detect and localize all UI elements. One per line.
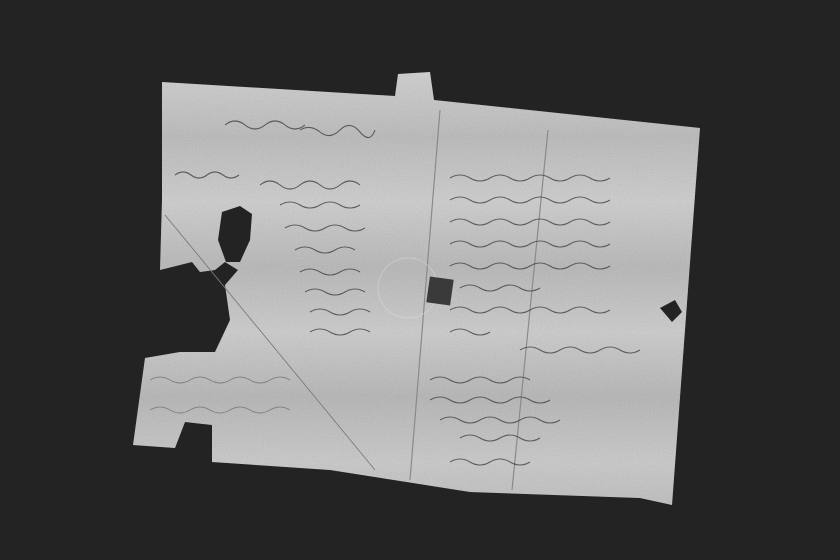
paper — [133, 72, 700, 505]
letter-photo — [0, 0, 840, 560]
wax-seal — [426, 276, 453, 305]
letter-illustration — [0, 0, 840, 560]
